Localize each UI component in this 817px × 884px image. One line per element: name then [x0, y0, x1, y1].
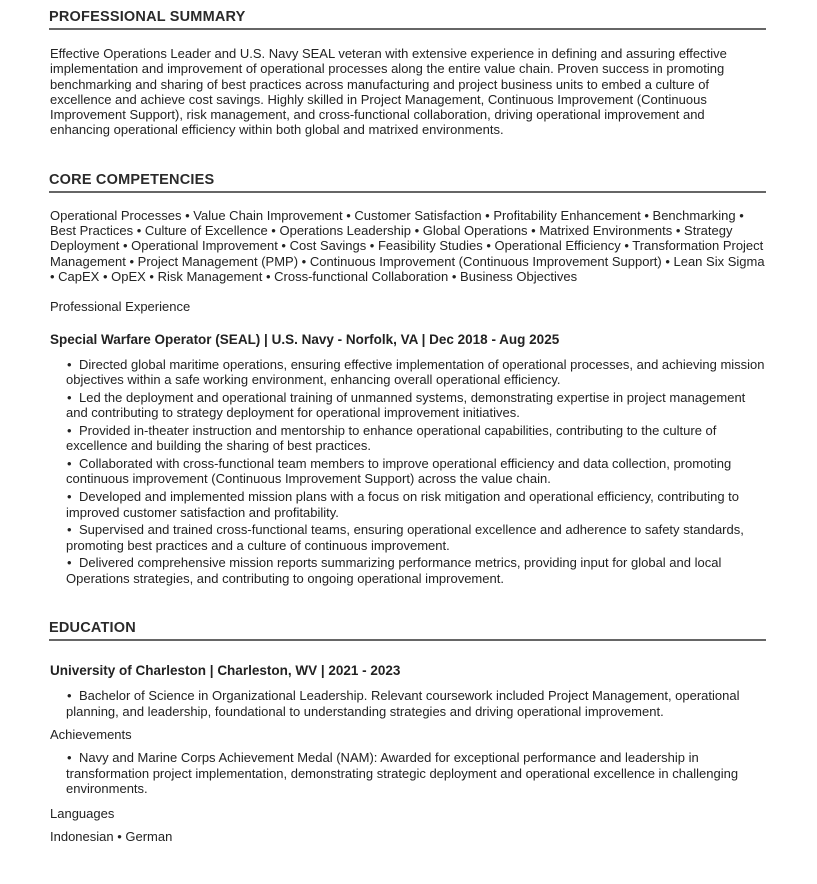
- achievements-bullets: •Navy and Marine Corps Achievement Medal…: [50, 750, 766, 796]
- competencies-text: Operational Processes • Value Chain Impr…: [50, 208, 766, 284]
- bullet-icon: •: [66, 390, 79, 405]
- bullet-icon: •: [66, 750, 79, 765]
- bullet-icon: •: [66, 688, 79, 703]
- bullet-icon: •: [66, 522, 79, 537]
- school-title: University of Charleston | Charleston, W…: [50, 663, 766, 678]
- experience-bullet: •Led the deployment and operational trai…: [66, 390, 766, 421]
- bullet-icon: •: [66, 357, 79, 372]
- achievement-bullet: •Navy and Marine Corps Achievement Medal…: [66, 750, 766, 796]
- bullet-icon: •: [66, 489, 79, 504]
- experience-bullet: •Delivered comprehensive mission reports…: [66, 555, 766, 586]
- experience-bullet: •Provided in-theater instruction and men…: [66, 423, 766, 454]
- education-bullets: •Bachelor of Science in Organizational L…: [50, 688, 766, 719]
- resume-page: PROFESSIONAL SUMMARY Effective Operation…: [50, 0, 766, 845]
- bullet-icon: •: [66, 555, 79, 570]
- section-heading-education: EDUCATION: [49, 611, 766, 641]
- section-heading-summary: PROFESSIONAL SUMMARY: [49, 0, 766, 30]
- experience-bullet: •Collaborated with cross-functional team…: [66, 456, 766, 487]
- languages-text: Indonesian • German: [50, 829, 766, 844]
- achievements-label: Achievements: [50, 727, 766, 742]
- education-bullet: •Bachelor of Science in Organizational L…: [66, 688, 766, 719]
- experience-label: Professional Experience: [50, 299, 766, 314]
- experience-bullets: •Directed global maritime operations, en…: [50, 357, 766, 586]
- job-title: Special Warfare Operator (SEAL) | U.S. N…: [50, 332, 766, 347]
- section-heading-competencies: CORE COMPETENCIES: [49, 163, 766, 193]
- languages-label: Languages: [50, 806, 766, 821]
- experience-bullet: •Supervised and trained cross-functional…: [66, 522, 766, 553]
- bullet-icon: •: [66, 423, 79, 438]
- summary-text: Effective Operations Leader and U.S. Nav…: [50, 46, 766, 138]
- bullet-icon: •: [66, 456, 79, 471]
- experience-bullet: •Developed and implemented mission plans…: [66, 489, 766, 520]
- experience-bullet: •Directed global maritime operations, en…: [66, 357, 766, 388]
